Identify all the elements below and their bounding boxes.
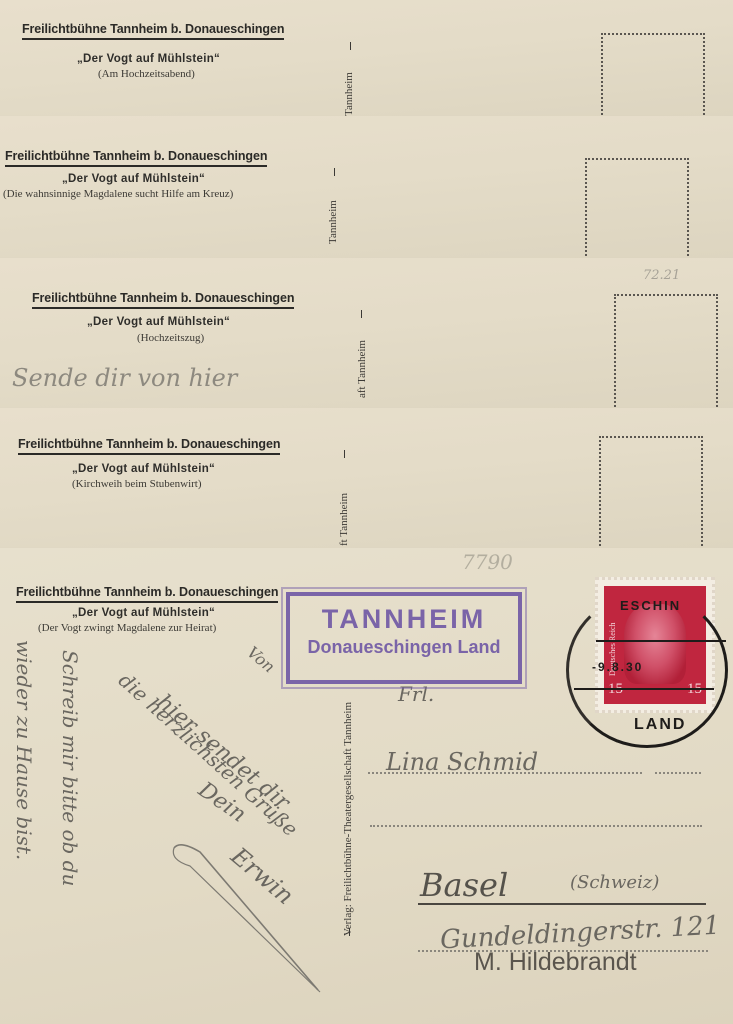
card-subtitle: (Hochzeitszug): [137, 332, 204, 344]
margin-note: wieder zu Hause bist.: [12, 640, 36, 860]
margin-note: Schreib mir bitte ob du: [58, 650, 82, 886]
card-subtitle: (Am Hochzeitsabend): [98, 68, 195, 80]
postmark-land: LAND: [634, 716, 686, 734]
handwritten-line: Sende dir von hier: [12, 364, 237, 392]
postmark-date: -9.8.30: [592, 660, 643, 674]
address-line-2: [370, 825, 702, 827]
postcard-2: Freilichtbühne Tannheim b. Donaueschinge…: [0, 116, 733, 260]
address-name: Lina Schmid: [386, 748, 538, 776]
postcard-1: Freilichtbühne Tannheim b. Donaueschinge…: [0, 0, 733, 118]
card-title: „Der Vogt auf Mühlstein“: [72, 607, 215, 619]
stamp-placeholder-box: [601, 33, 705, 118]
address-prefix: Frl.: [398, 682, 434, 706]
card-title: „Der Vogt auf Mühlstein“: [87, 316, 230, 328]
card-title: „Der Vogt auf Mühlstein“: [62, 173, 205, 185]
stamp-placeholder-box: [599, 436, 703, 550]
card-header: Freilichtbühne Tannheim b. Donaueschinge…: [5, 149, 267, 167]
publisher-vertical-text: ft Tannheim: [338, 493, 350, 546]
address-line-1b: [655, 772, 701, 774]
divider-mark: [334, 168, 335, 176]
stamp-placeholder-box: [614, 294, 718, 410]
photographer-watermark: M. Hildebrandt: [474, 948, 637, 977]
publisher-vertical-text: Tannheim: [327, 200, 339, 244]
pencil-note: 72.21: [643, 268, 680, 283]
address-city: Basel: [420, 866, 508, 904]
card-header: Freilichtbühne Tannheim b. Donaueschinge…: [16, 585, 278, 603]
publisher-vertical-text: aft Tannheim: [356, 340, 368, 398]
postcard-4: Freilichtbühne Tannheim b. Donaueschinge…: [0, 408, 733, 550]
card-header: Freilichtbühne Tannheim b. Donaueschinge…: [18, 437, 280, 455]
signature-flourish: [170, 840, 330, 1000]
divider-mark: [344, 450, 345, 458]
divider-mark: [350, 42, 351, 50]
card-title: „Der Vogt auf Mühlstein“: [77, 53, 220, 65]
stamp-placeholder-box: [585, 158, 689, 260]
publisher-vertical-text: Tannheim: [343, 72, 355, 116]
cachet-district: Donaueschingen Land: [290, 637, 518, 658]
card-title: „Der Vogt auf Mühlstein“: [72, 463, 215, 475]
divider-mark: [361, 310, 362, 318]
card-subtitle: (Kirchweih beim Stubenwirt): [72, 478, 202, 490]
cachet-town: TANNHEIM: [290, 604, 518, 635]
card-header: Freilichtbühne Tannheim b. Donaueschinge…: [32, 291, 294, 309]
card-subtitle: (Die wahnsinnige Magdalene sucht Hilfe a…: [3, 188, 233, 200]
pencil-note: 7790: [462, 550, 513, 574]
postmark-town: ESCHIN: [620, 598, 681, 613]
address-country: (Schweiz): [570, 872, 659, 893]
divider-mark: [349, 928, 350, 936]
card-header: Freilichtbühne Tannheim b. Donaueschinge…: [22, 22, 284, 40]
card-subtitle: (Der Vogt zwingt Magdalene zur Heirat): [38, 622, 216, 634]
postmark-bar: [596, 640, 726, 642]
postmark-bar: [574, 688, 714, 690]
postcard-3: Freilichtbühne Tannheim b. Donaueschinge…: [0, 258, 733, 410]
town-cachet: TANNHEIM Donaueschingen Land: [286, 592, 522, 684]
publisher-vertical-text: Verlag: Freilichtbühne-Theatergesellscha…: [342, 702, 354, 936]
